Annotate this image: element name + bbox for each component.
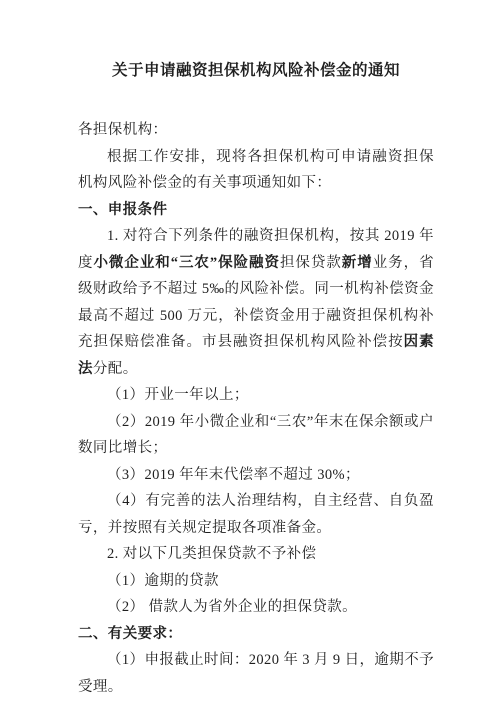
paragraph: （1）逾期的贷款 bbox=[78, 568, 434, 595]
paragraph: 1. 对符合下列条件的融资担保机构，按其 2019 年度小微企业和“三农”保险融… bbox=[78, 223, 434, 382]
document-title: 关于申请融资担保机构风险补偿金的通知 bbox=[78, 62, 434, 80]
paragraph: 各担保机构： bbox=[78, 117, 434, 144]
paragraph: （2） 借款人为省外企业的担保贷款。 bbox=[78, 594, 434, 621]
text-run: （1）申报截止时间：2020 年 3 月 9 日，逾期不予受理。 bbox=[78, 652, 434, 695]
paragraph: （4）有完善的法人治理结构，自主经营、自负盈亏，并按照有关规定提取各项准备金。 bbox=[78, 488, 434, 541]
paragraph: 2. 对以下几类担保贷款不予补偿 bbox=[78, 541, 434, 568]
paragraph: （1）开业一年以上； bbox=[78, 382, 434, 409]
paragraph: 根据工作安排，现将各担保机构可申请融资担保机构风险补偿金的有关事项通知如下： bbox=[78, 144, 434, 197]
text-run: （2）2019 年小微企业和“三农”年末在保余额或户数同比增长； bbox=[78, 414, 434, 457]
text-run: 2. 对以下几类担保贷款不予补偿 bbox=[107, 546, 316, 562]
bold-text-run: 新增 bbox=[342, 255, 373, 271]
text-run: （2） 借款人为省外企业的担保贷款。 bbox=[107, 599, 357, 615]
text-run: 担保贷款 bbox=[280, 255, 342, 271]
document-body: 各担保机构：根据工作安排，现将各担保机构可申请融资担保机构风险补偿金的有关事项通… bbox=[78, 117, 434, 700]
text-run: （4）有完善的法人治理结构，自主经营、自负盈亏，并按照有关规定提取各项准备金。 bbox=[78, 493, 434, 536]
bold-text-run: 二、有关要求： bbox=[78, 626, 182, 642]
text-run: 根据工作安排，现将各担保机构可申请融资担保机构风险补偿金的有关事项通知如下： bbox=[78, 149, 434, 192]
paragraph: （1）申报截止时间：2020 年 3 月 9 日，逾期不予受理。 bbox=[78, 647, 434, 700]
paragraph: 一、申报条件 bbox=[78, 197, 434, 224]
bold-text-run: 小微企业和“三农”保险融资 bbox=[93, 255, 279, 271]
text-run: （3）2019 年年末代偿率不超过 30%； bbox=[107, 467, 360, 483]
document-page: 关于申请融资担保机构风险补偿金的通知 各担保机构：根据工作安排，现将各担保机构可… bbox=[0, 0, 500, 707]
bold-text-run: 一、申报条件 bbox=[78, 202, 167, 218]
text-run: 分配。 bbox=[93, 361, 138, 377]
paragraph: 二、有关要求： bbox=[78, 621, 434, 648]
text-run: （1）逾期的贷款 bbox=[107, 573, 219, 589]
paragraph: （3）2019 年年末代偿率不超过 30%； bbox=[78, 462, 434, 489]
paragraph: （2）2019 年小微企业和“三农”年末在保余额或户数同比增长； bbox=[78, 409, 434, 462]
text-run: 各担保机构： bbox=[78, 122, 167, 138]
text-run: （1）开业一年以上； bbox=[107, 387, 249, 403]
